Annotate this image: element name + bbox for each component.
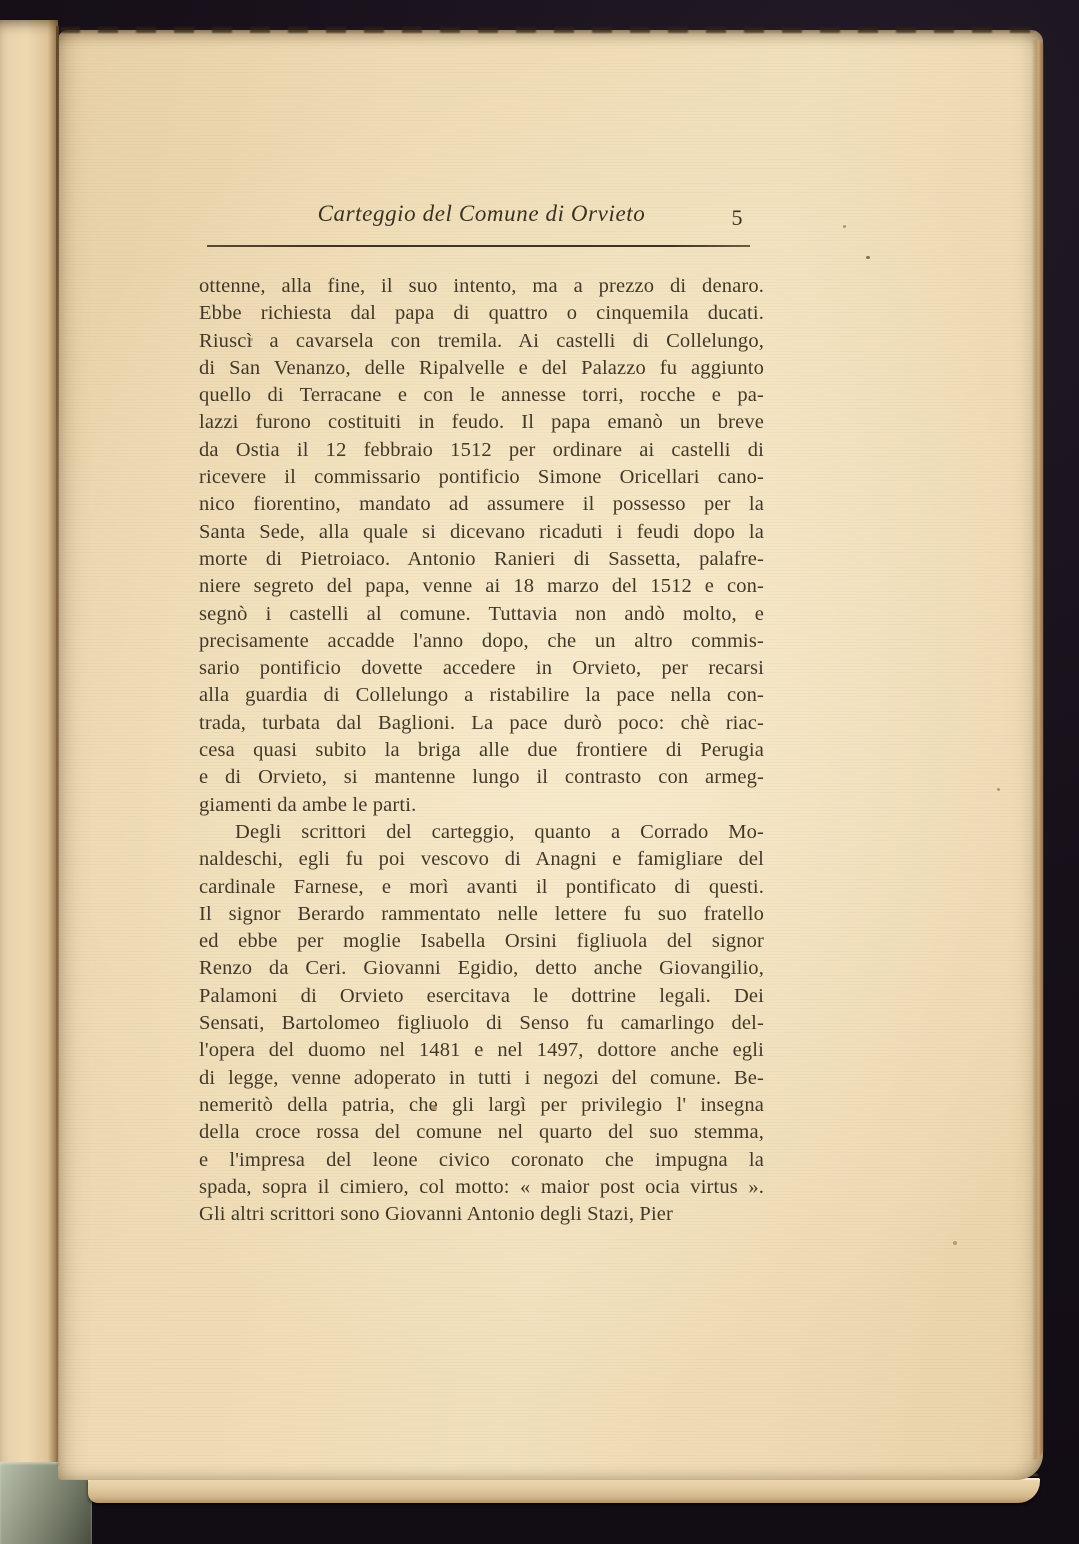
gutter-crease [56,26,59,1466]
text-line: quello di Terracane e con le annesse tor… [199,382,764,409]
foxing-speck [710,861,714,864]
paragraph: Degli scrittori del carteggio, quanto a … [199,819,764,1228]
text-line: della croce rossa del comune nel quarto … [199,1119,764,1146]
page-stack-bottom [88,1478,1040,1503]
text-line: e di Orvieto, si mantenne lungo il contr… [199,764,764,791]
text-line: nico fiorentino, mandato ad assumere il … [199,491,764,518]
text-line: Santa Sede, alla quale si dicevano ricad… [199,519,764,546]
paragraph: ottenne, alla fine, il suo intento, ma a… [199,273,764,819]
text-line: di legge, venne adoperato in tutti i neg… [199,1065,764,1092]
text-line: naldeschi, egli fu poi vescovo di Anagni… [199,846,764,873]
foxing-speck [432,1106,437,1110]
text-line: Degli scrittori del carteggio, quanto a … [199,819,764,846]
foxing-speck [866,256,870,259]
foxing-speck [953,1241,957,1245]
text-line: Gli altri scrittori sono Giovanni Antoni… [199,1201,764,1228]
deckled-top-edge [60,27,1035,33]
text-line: morte di Pietroiaco. Antonio Ranieri di … [199,546,764,573]
text-line: da Ostia il 12 febbraio 1512 per ordinar… [199,437,764,464]
text-line: ed ebbe per moglie Isabella Orsini figli… [199,928,764,955]
foxing-speck [997,788,1000,791]
text-line: spada, sopra il cimiero, col motto: « ma… [199,1174,764,1201]
text-line: Renzo da Ceri. Giovanni Egidio, detto an… [199,955,764,982]
text-line: niere segreto del papa, venne ai 18 marz… [199,573,764,600]
text-line: sario pontificio dovette accedere in Orv… [199,655,764,682]
text-line: lazzi furono costituiti in feudo. Il pap… [199,409,764,436]
facing-page-edge [0,20,58,1490]
text-line: cesa quasi subito la briga alle due fron… [199,737,764,764]
text-line: ricevere il commissario pontificio Simon… [199,464,764,491]
text-line: Il signor Berardo rammentato nelle lette… [199,901,764,928]
text-line: ottenne, alla fine, il suo intento, ma a… [199,273,764,300]
page-number: 5 [712,205,762,231]
header-rule [207,245,750,247]
text-line: l'opera del duomo nel 1481 e nel 1497, d… [199,1037,764,1064]
text-line: Palamoni di Orvieto esercitava le dottri… [199,983,764,1010]
text-line: alla guardia di Collelungo a ristabilire… [199,682,764,709]
text-line: e l'impresa del leone civico coronato ch… [199,1147,764,1174]
text-line: segnò i castelli al comune. Tuttavia non… [199,601,764,628]
text-line: giamenti da ambe le parti. [199,792,764,819]
body-text: ottenne, alla fine, il suo intento, ma a… [199,273,764,1228]
running-header-title: Carteggio del Comune di Orvieto [200,201,763,227]
foxing-speck [843,225,846,228]
text-line: precisamente accadde l'anno dopo, che un… [199,628,764,655]
text-line: trada, turbata dal Baglioni. La pace dur… [199,710,764,737]
text-line: di San Venanzo, delle Ripalvelle e del P… [199,355,764,382]
text-line: Sensati, Bartolomeo figliuolo di Senso f… [199,1010,764,1037]
book-scan: Carteggio del Comune di Orvieto 5 ottenn… [0,0,1079,1544]
page-stack-right [1032,40,1043,1460]
text-line: Riuscì a cavarsela con tremila. Ai caste… [199,328,764,355]
text-line: nemeritò della patria, che gli largì per… [199,1092,764,1119]
text-line: Ebbe richiesta dal papa di quattro o cin… [199,300,764,327]
text-line: cardinale Farnese, e morì avanti il pont… [199,874,764,901]
foxing-speck [250,338,253,341]
